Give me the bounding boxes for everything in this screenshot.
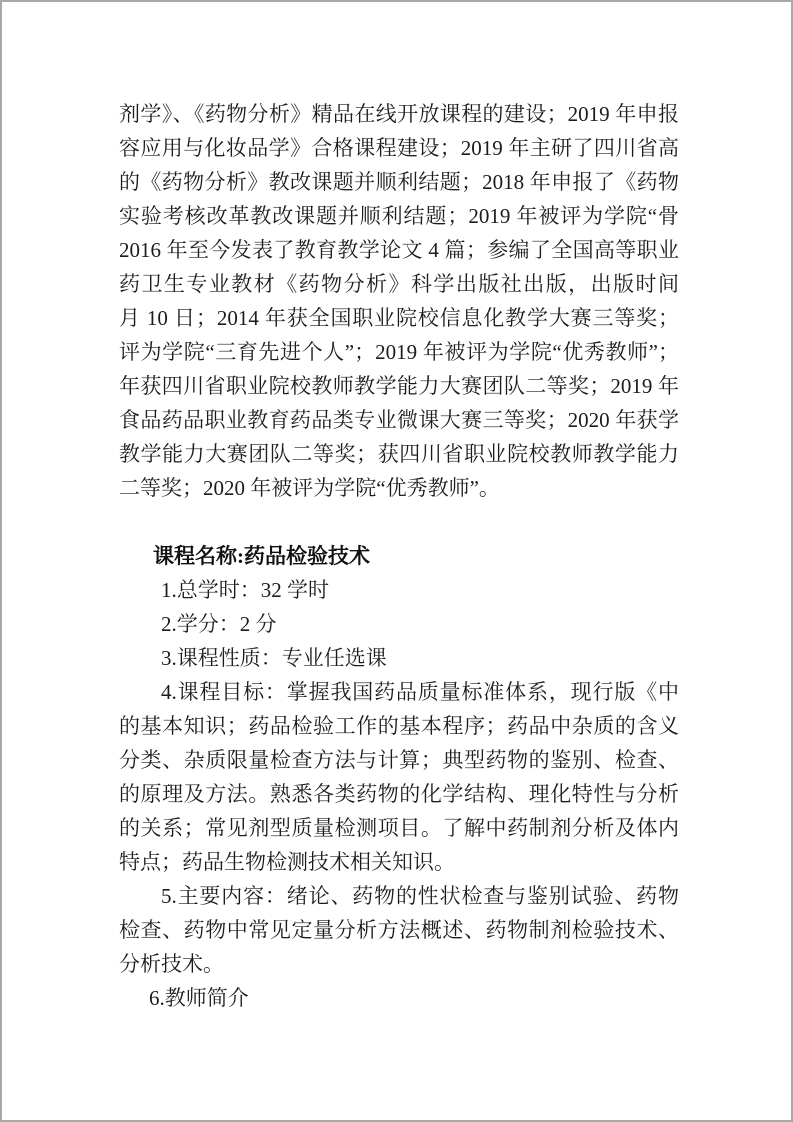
paragraph-line: 的关系；常见剂型质量检测项目。了解中药制剂分析及体内药物分析	[119, 811, 679, 845]
paragraph-line: 5.主要内容：绪论、药物的性状检查与鉴别试验、药物的杂质	[119, 879, 679, 913]
course-name-heading: 课程名称:药品检验技术	[119, 539, 679, 573]
paragraph-line: 实验考核改革教改课题并顺利结题；2019 年被评为学院“骨干教师”；	[119, 199, 679, 233]
paragraph-line: 二等奖；2020 年被评为学院“优秀教师”。	[119, 471, 679, 505]
paragraph-line: 药卫生专业教材《药物分析》科学出版社出版，出版时间 2021 年 1	[119, 267, 679, 301]
paragraph-line: 剂学》、《药物分析》精品在线开放课程的建设；2019 年申报了《美	[119, 97, 679, 131]
paragraph-line: 检查、药物中常见定量分析方法概述、药物制剂检验技术、典型药物	[119, 913, 679, 947]
paragraph-line: 分类、杂质限量检查方法与计算；典型药物的鉴别、检查、含量测定	[119, 743, 679, 777]
paragraph-line: 2016 年至今发表了教育教学论文 4 篇；参编了全国高等职业教育医	[119, 233, 679, 267]
document-page: 剂学》、《药物分析》精品在线开放课程的建设；2019 年申报了《美 容应用与化妆…	[0, 0, 793, 1122]
paragraph-line: 容应用与化妆品学》合格课程建设；2019 年主研了四川省高教中心	[119, 131, 679, 165]
course-item-credits: 2.学分：2 分	[119, 607, 679, 641]
course-goal-paragraph: 4.课程目标：掌握我国药品质量标准体系，现行版《中国药典》 的基本知识；药品检验…	[119, 675, 679, 879]
course-item-teacher-intro: 6.教师简介	[119, 981, 679, 1015]
paragraph-line: 的原理及方法。熟悉各类药物的化学结构、理化特性与分析方法之间	[119, 777, 679, 811]
paragraph-line: 教学能力大赛团队二等奖；获四川省职业院校教师教学能力大赛团队	[119, 437, 679, 471]
paragraph-line: 分析技术。	[119, 947, 679, 981]
paragraph-line: 评为学院“三育先进个人”；2019 年被评为学院“优秀教师”；2019	[119, 335, 679, 369]
course-item-nature: 3.课程性质：专业任选课	[119, 641, 679, 675]
paragraph-line: 的《药物分析》教改课题并顺利结题；2018 年申报了《药物分析》	[119, 165, 679, 199]
paragraph-line: 食品药品职业教育药品类专业微课大赛三等奖；2020 年获学院教师	[119, 403, 679, 437]
paragraph-line: 4.课程目标：掌握我国药品质量标准体系，现行版《中国药典》	[119, 675, 679, 709]
paragraph-line: 年获四川省职业院校教师教学能力大赛团队二等奖；2019 年获全国	[119, 369, 679, 403]
paragraph-line: 的基本知识；药品检验工作的基本程序；药品中杂质的含义 、来源、	[119, 709, 679, 743]
main-content-paragraph: 5.主要内容：绪论、药物的性状检查与鉴别试验、药物的杂质 检查、药物中常见定量分…	[119, 879, 679, 981]
page-content: 剂学》、《药物分析》精品在线开放课程的建设；2019 年申报了《美 容应用与化妆…	[119, 97, 679, 1015]
paragraph-line: 特点；药品生物检测技术相关知识。	[119, 845, 679, 879]
course-item-total-hours: 1.总学时：32 学时	[119, 573, 679, 607]
paragraph-line: 月 10 日；2014 年获全国职业院校信息化教学大赛三等奖；2015 年被	[119, 301, 679, 335]
achievements-paragraph: 剂学》、《药物分析》精品在线开放课程的建设；2019 年申报了《美 容应用与化妆…	[119, 97, 679, 505]
